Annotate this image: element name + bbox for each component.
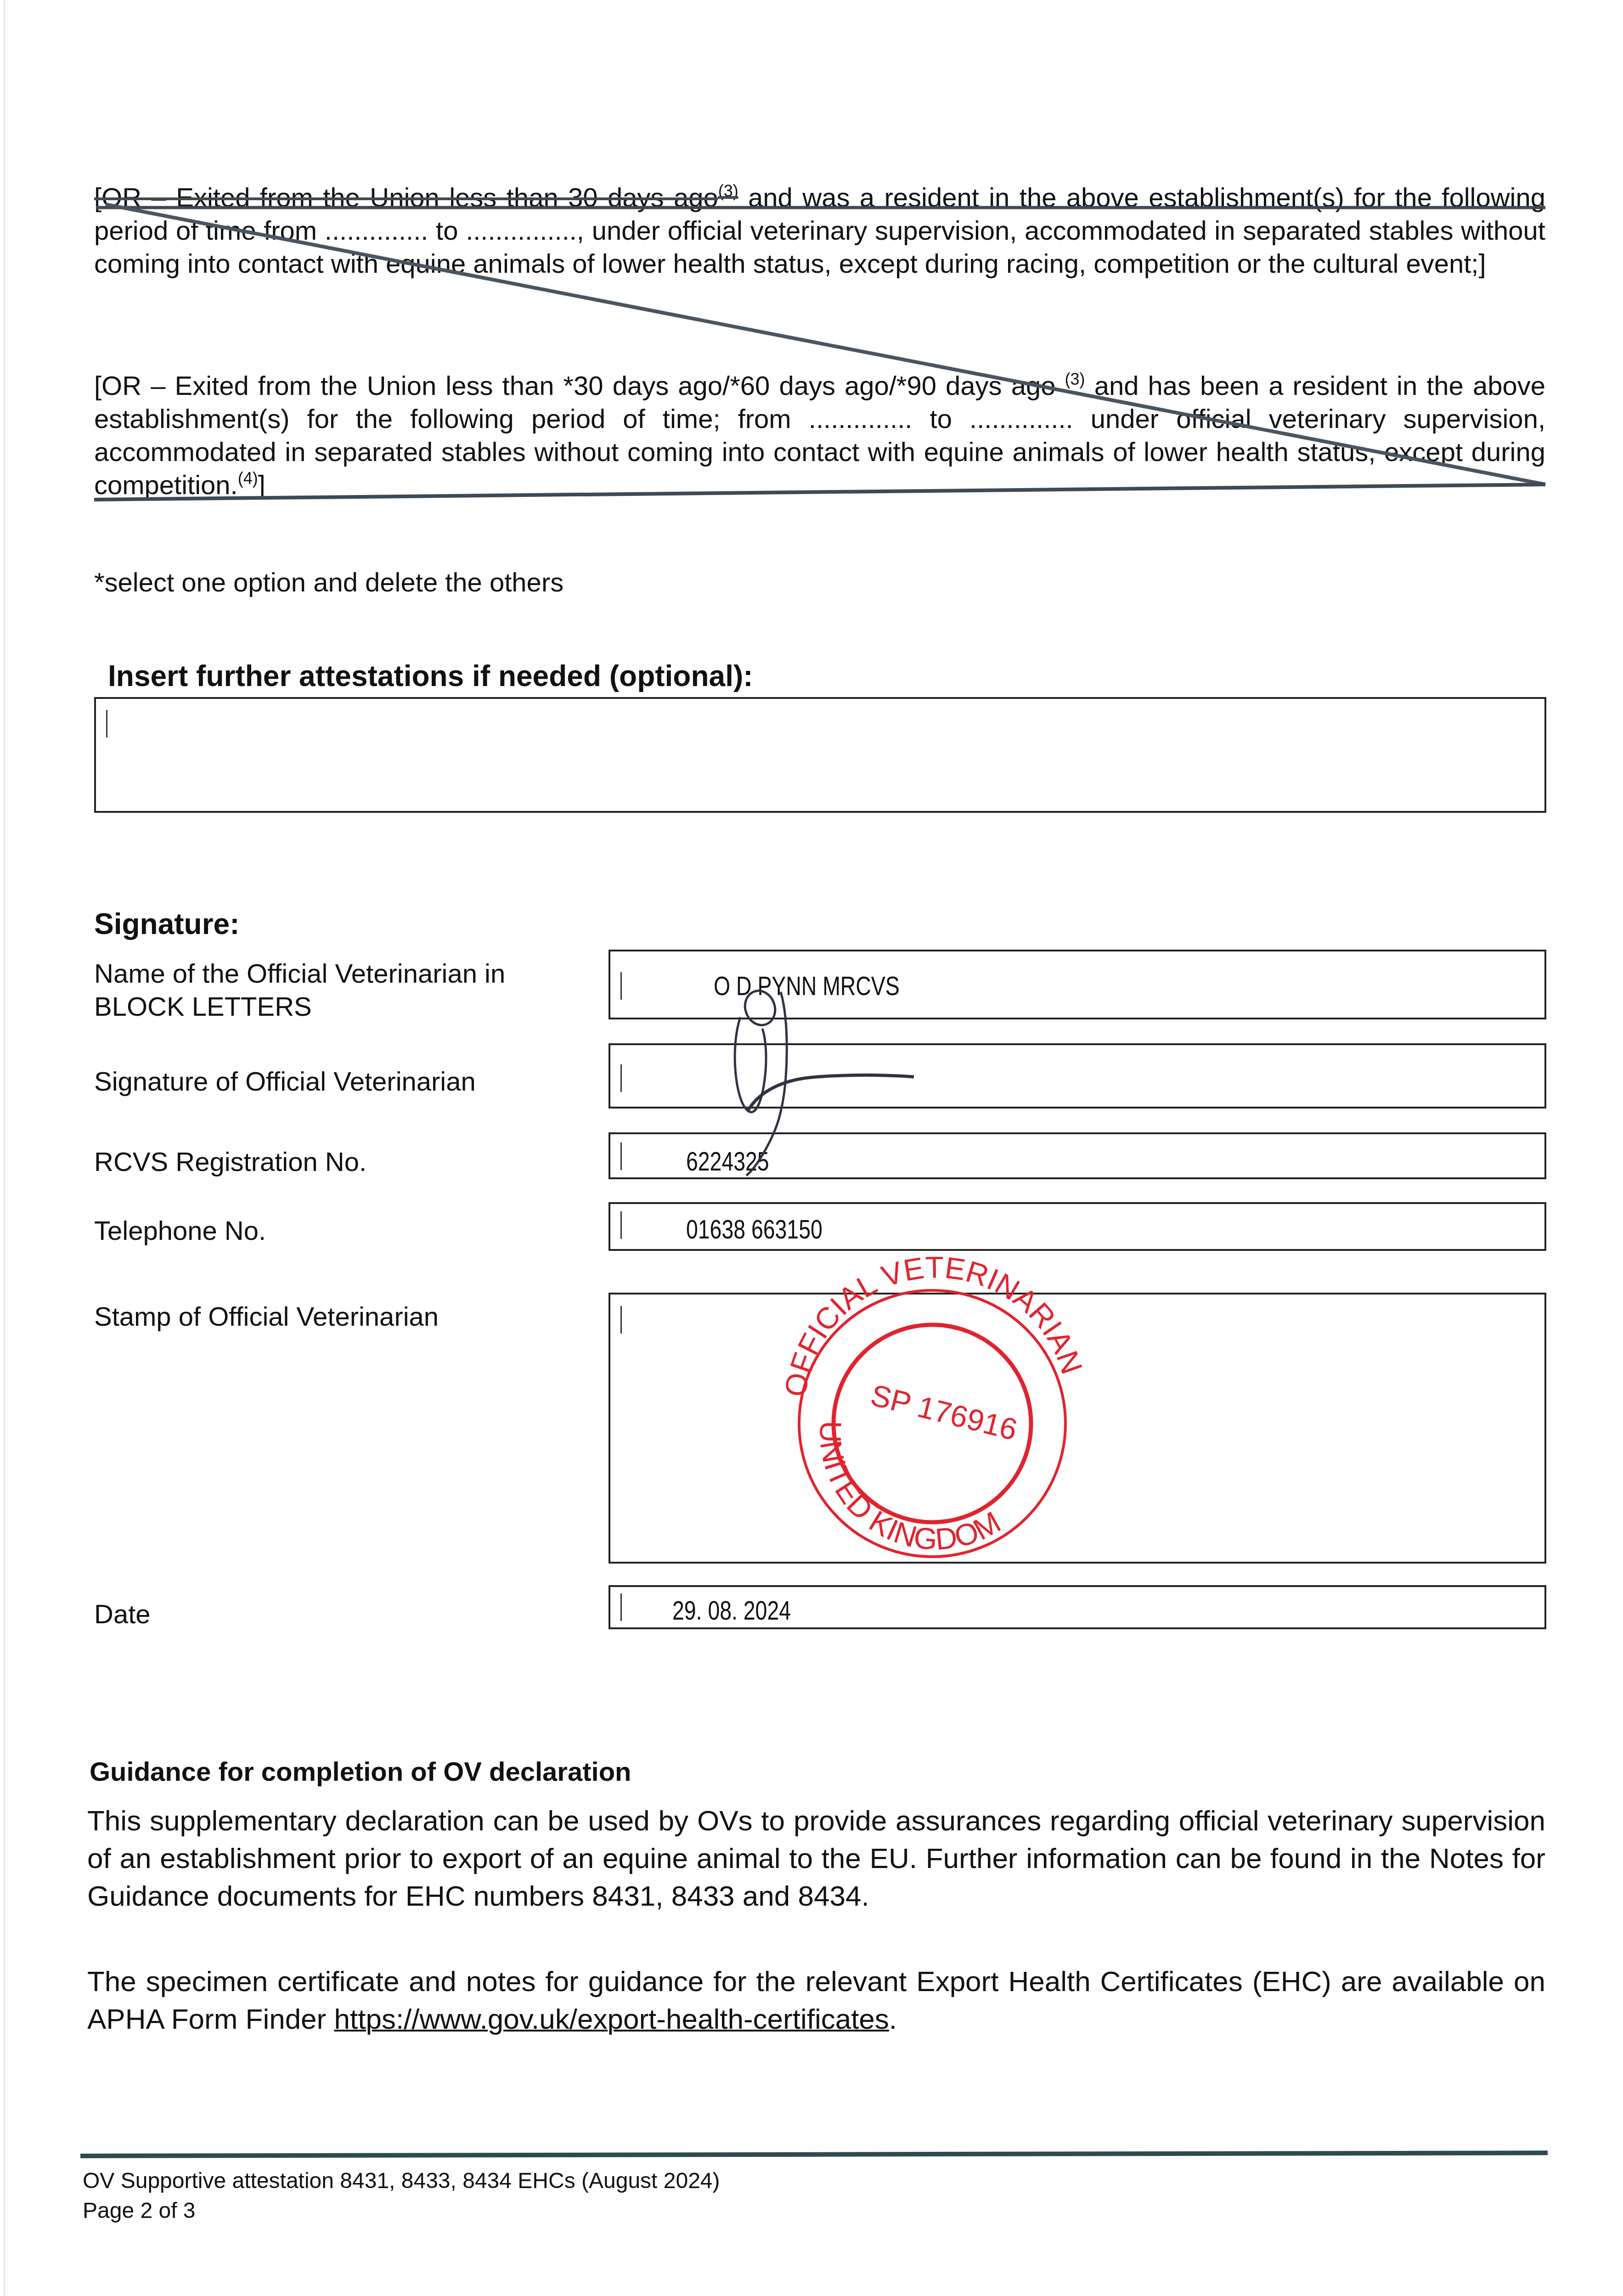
further-attestations-heading: Insert further attestations if needed (o… — [108, 659, 753, 693]
clause-or-30-60-90-days: [OR – Exited from the Union less than *3… — [94, 370, 1545, 502]
text-cursor-icon — [106, 710, 107, 737]
text-cursor-icon — [620, 1142, 622, 1170]
guidance-heading: Guidance for completion of OV declaratio… — [90, 1756, 631, 1787]
clause-2-to-word: to — [912, 404, 969, 434]
label-date: Date — [94, 1598, 599, 1631]
clause-1-to-word: to — [428, 216, 466, 246]
ov-signature-field[interactable] — [609, 1043, 1546, 1109]
further-attestations-input[interactable] — [94, 697, 1546, 813]
footer-divider — [80, 2150, 1548, 2158]
clause-1-from-field[interactable]: .............. — [325, 216, 428, 246]
ov-stamp-field[interactable] — [609, 1293, 1546, 1564]
label-telephone: Telephone No. — [94, 1215, 599, 1248]
date-field[interactable]: 29. 08. 2024 — [609, 1585, 1546, 1629]
telephone-field[interactable]: 01638 663150 — [609, 1202, 1546, 1251]
scan-page-edge — [4, 0, 5, 2296]
guidance-paragraph-2: The specimen certificate and notes for g… — [87, 1963, 1545, 2038]
text-cursor-icon — [620, 1064, 622, 1092]
clause-1-open: [OR – Exited from the Union less than 30… — [94, 183, 718, 213]
ov-name-value: O D PYNN MRCVS — [714, 971, 900, 1002]
label-ov-name: Name of the Official Veterinarian in BLO… — [94, 957, 599, 1024]
clause-or-30-days: [OR – Exited from the Union less than 30… — [94, 181, 1545, 281]
guidance-paragraph-2-end: . — [889, 2003, 897, 2035]
clause-2-to-field[interactable]: .............. — [969, 404, 1073, 434]
text-cursor-icon — [620, 1211, 622, 1239]
rcvs-number-value: 6224325 — [686, 1146, 769, 1177]
select-option-note: *select one option and delete the others — [94, 567, 564, 598]
footnote-ref-4: (4) — [238, 469, 258, 488]
rcvs-number-field[interactable]: 6224325 — [609, 1132, 1546, 1179]
text-cursor-icon — [620, 1593, 622, 1621]
telephone-value: 01638 663150 — [686, 1214, 823, 1245]
label-ov-stamp: Stamp of Official Veterinarian — [94, 1300, 599, 1334]
clause-1-to-field[interactable]: ..............., — [466, 216, 584, 246]
footer-document-title: OV Supportive attestation 8431, 8433, 84… — [83, 2167, 720, 2195]
label-rcvs-number: RCVS Registration No. — [94, 1146, 599, 1179]
clause-1-struck-line: [OR – Exited from the Union less than 30… — [94, 183, 738, 213]
clause-2-close: ] — [258, 470, 265, 500]
label-ov-signature: Signature of Official Veterinarian — [94, 1065, 599, 1098]
guidance-paragraph-1: This supplementary declaration can be us… — [87, 1802, 1545, 1915]
footer-page-number: Page 2 of 3 — [83, 2197, 196, 2225]
clause-2-from-field[interactable]: .............. — [809, 404, 913, 434]
text-cursor-icon — [620, 1306, 622, 1334]
ov-name-field[interactable]: O D PYNN MRCVS — [609, 950, 1546, 1019]
export-health-certificates-link[interactable]: https://www.gov.uk/export-health-certifi… — [334, 2003, 889, 2035]
text-cursor-icon — [620, 972, 622, 1000]
footnote-ref-3: (3) — [718, 181, 738, 200]
footnote-ref-3: (3) — [1065, 370, 1085, 388]
clause-2-open: [OR – Exited from the Union less than *3… — [94, 371, 1065, 401]
date-value: 29. 08. 2024 — [672, 1595, 791, 1626]
signature-heading: Signature: — [94, 907, 239, 941]
